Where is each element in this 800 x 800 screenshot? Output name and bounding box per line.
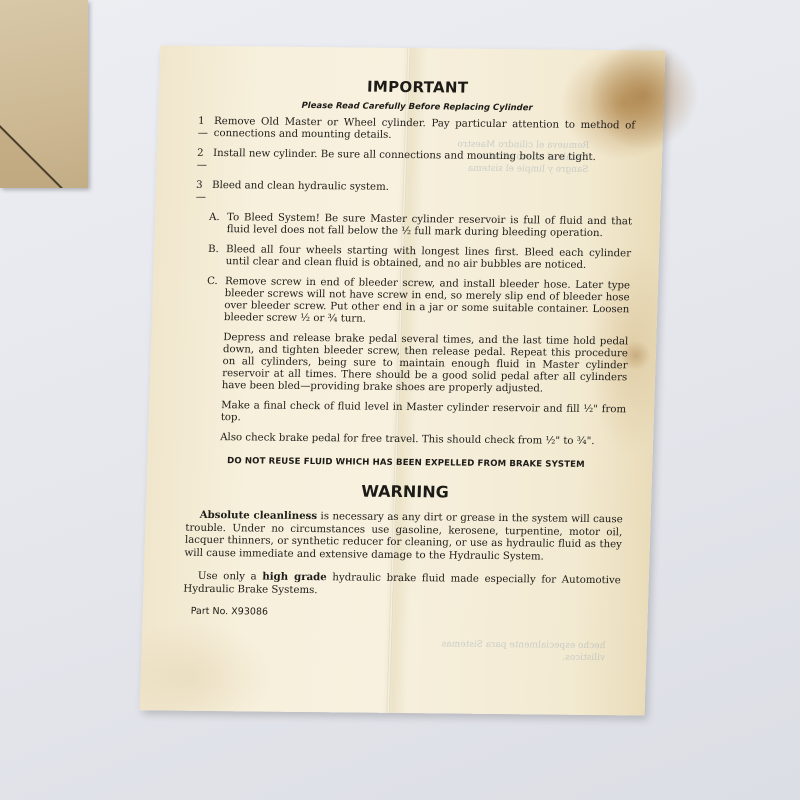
warning-paragraph-cleanliness: Absolute cleanliness is necessary as any…: [184, 509, 623, 565]
warning-paragraph-fluid: Use only a high grade hydraulic brake fl…: [183, 570, 621, 601]
bold-text: high grade: [262, 571, 327, 584]
instruction-sheet: Remueva el cilindro Maestro Instale el n…: [140, 45, 666, 715]
paragraph-final-check: Make a final check of fluid level in Mas…: [221, 400, 627, 428]
substep-text: To Bleed System! Be sure Master cylinder…: [226, 212, 632, 240]
step-number: 3—: [195, 180, 212, 204]
step-2: 2— Install new cylinder. Be sure all con…: [196, 148, 634, 177]
caution-line: DO NOT REUSE FLUID WHICH HAS BEEN EXPELL…: [187, 456, 624, 471]
paragraph-free-travel: Also check brake pedal for free travel. …: [220, 432, 625, 448]
cardboard-box-flap: [0, 95, 69, 188]
warning-text: Use only a: [198, 571, 263, 583]
substep-letter: A.: [208, 212, 227, 236]
paragraph-depress-pedal: Depress and release brake pedal several …: [222, 332, 629, 396]
step-number: 1—: [198, 116, 215, 140]
part-number: Part No. X93086: [191, 606, 620, 621]
heading-important: IMPORTANT: [199, 76, 637, 99]
heading-warning: WARNING: [186, 480, 624, 504]
step-3: 3— Bleed and clean hydraulic system.: [195, 180, 633, 209]
substep-text: Remove screw in end of bleeder screw, an…: [224, 276, 630, 328]
sheet-content: IMPORTANT Please Read Carefully Before R…: [183, 76, 637, 621]
step-text: Bleed and clean hydraulic system.: [211, 180, 389, 206]
bleed-through-text: hecho especialmente para Sistemas vilist…: [441, 638, 605, 664]
step-text: Install new cylinder. Be sure all connec…: [212, 148, 595, 176]
substep-letter: C.: [206, 276, 226, 324]
subtitle: Please Read Carefully Before Replacing C…: [198, 100, 635, 115]
substep-letter: B.: [207, 244, 226, 268]
bold-text: Absolute cleanliness: [200, 509, 318, 522]
substep-b: B. Bleed all four wheels starting with l…: [207, 244, 631, 272]
cardboard-box: [0, 0, 88, 188]
step-text: Remove Old Master or Wheel cylinder. Pay…: [214, 116, 636, 144]
step-1: 1— Remove Old Master or Wheel cylinder. …: [198, 116, 636, 145]
substep-a: A. To Bleed System! Be sure Master cylin…: [208, 212, 632, 240]
substep-c: C. Remove screw in end of bleeder screw,…: [206, 276, 630, 328]
substep-text: Bleed all four wheels starting with long…: [225, 244, 631, 272]
step-number: 2—: [196, 148, 213, 172]
